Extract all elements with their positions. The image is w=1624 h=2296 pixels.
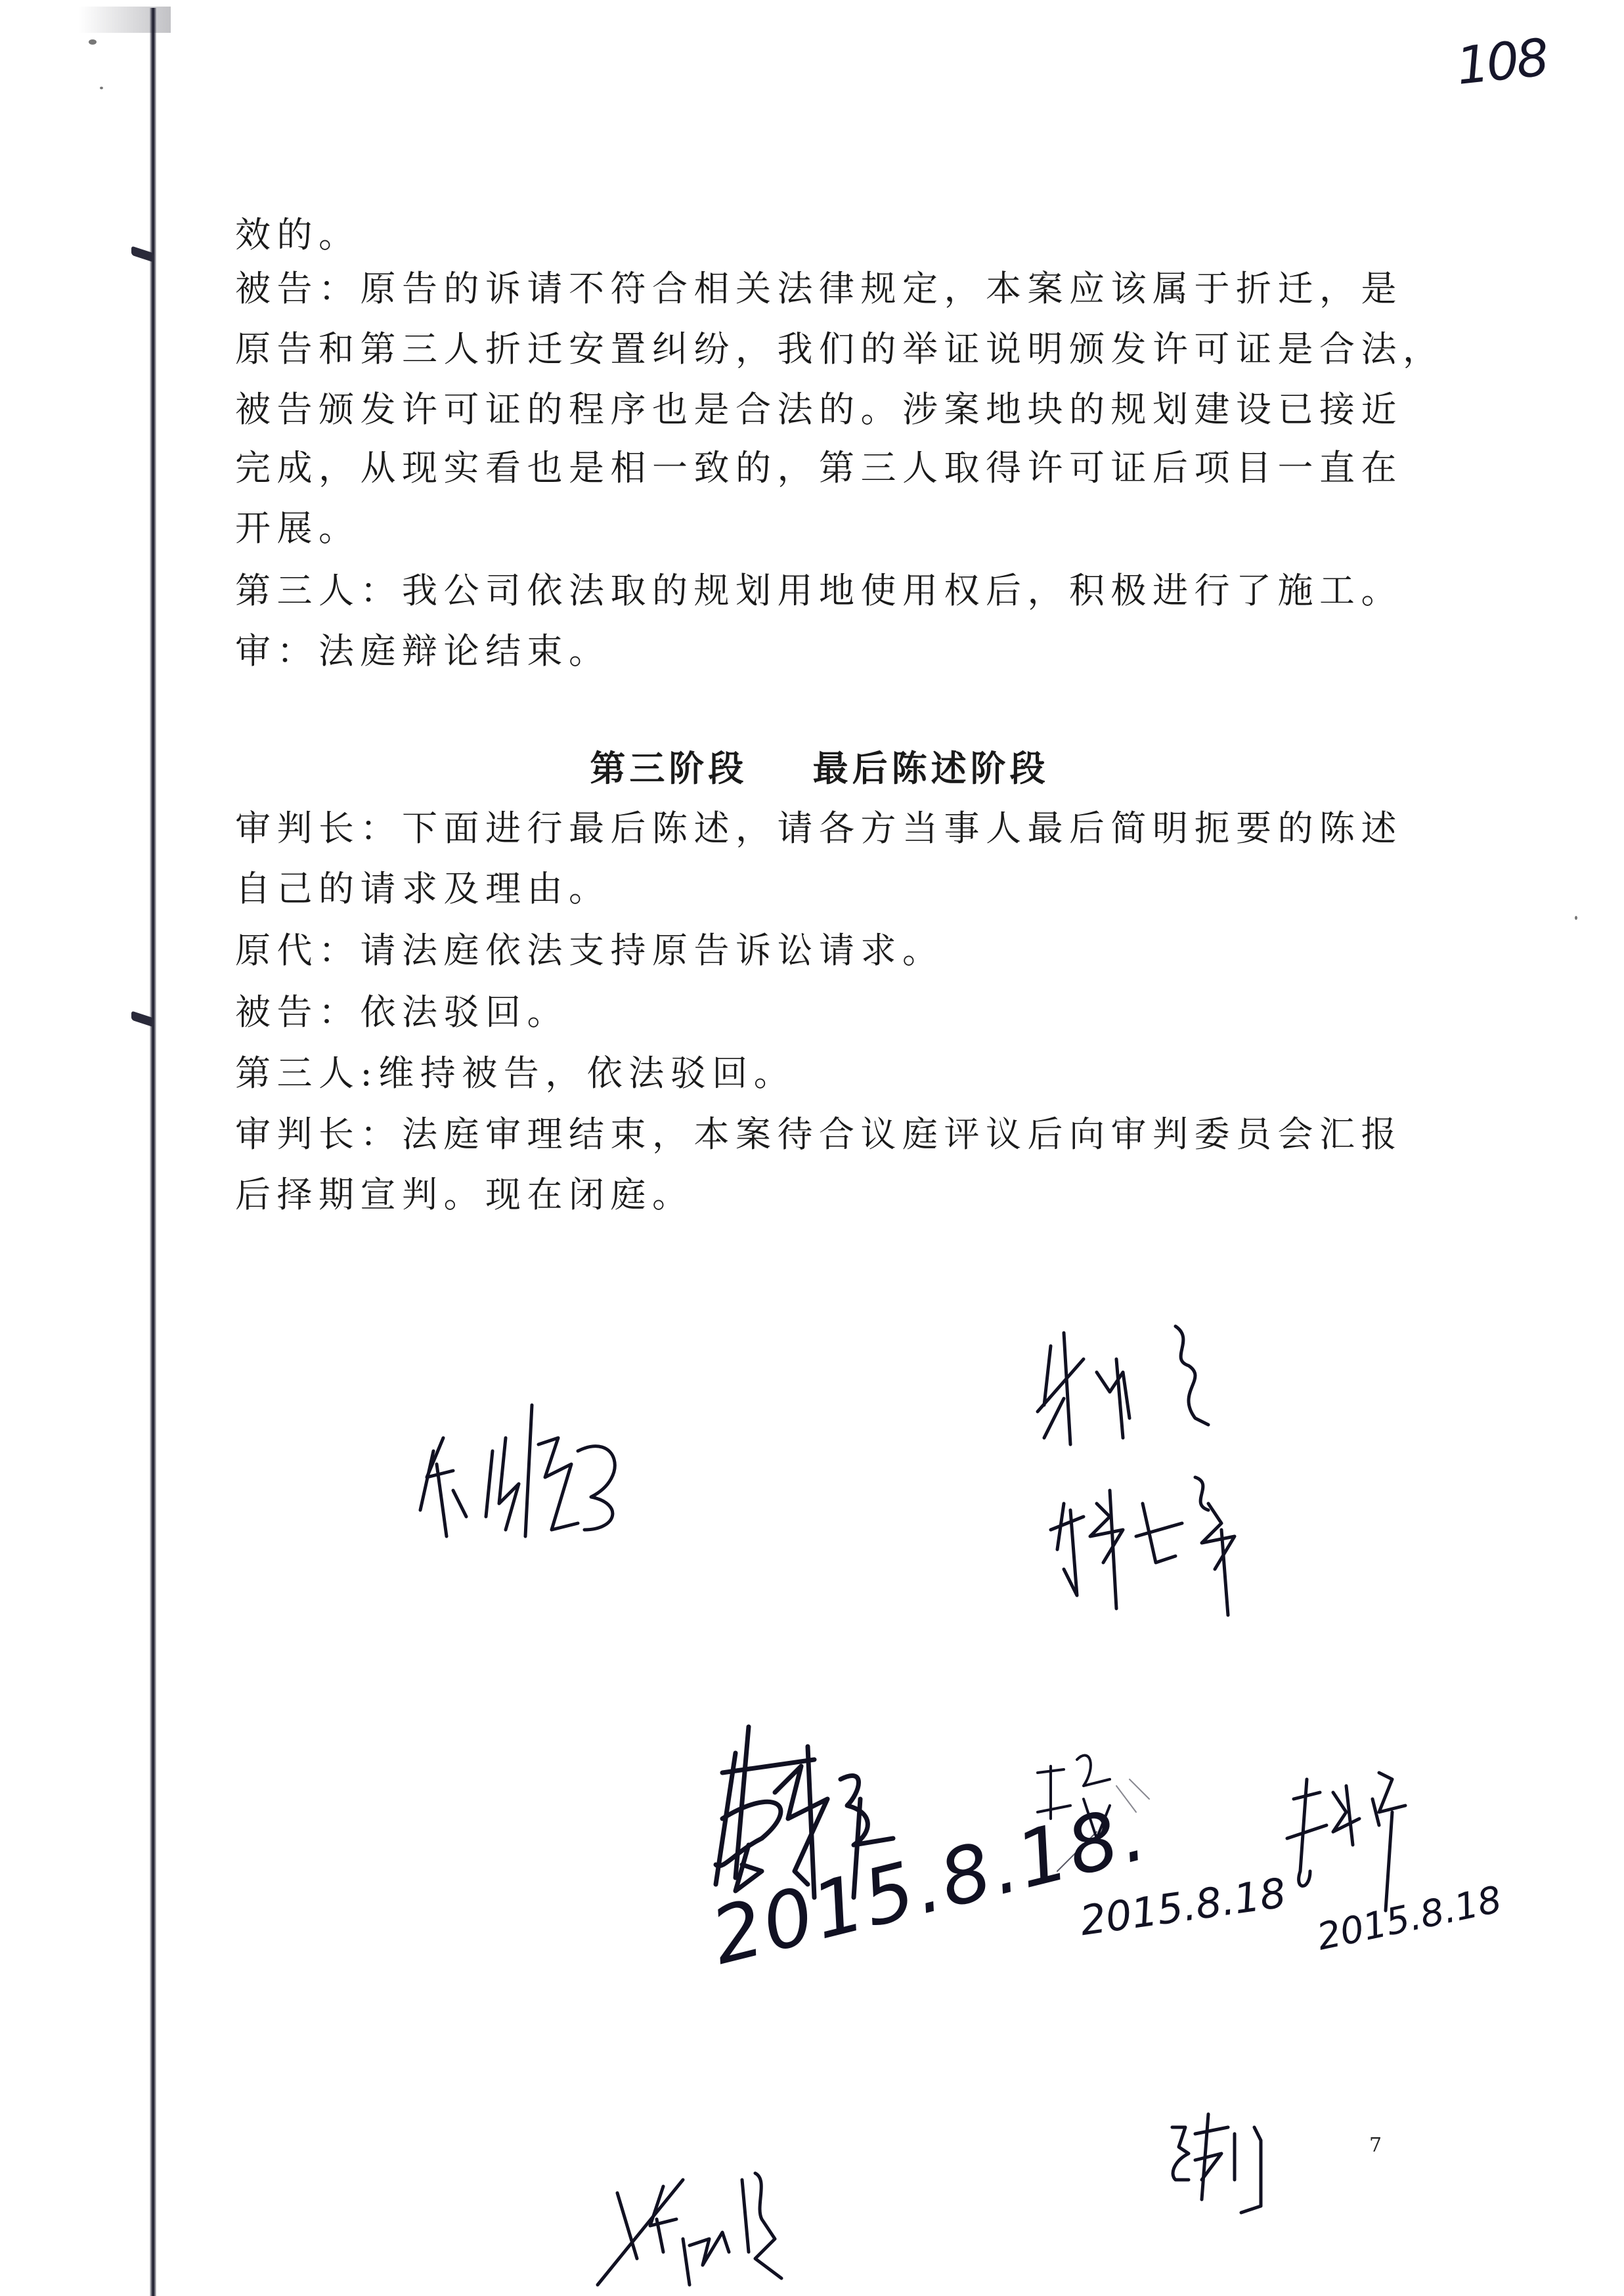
transcript-line: 审：法庭辩论结束。 bbox=[235, 632, 611, 671]
transcript-line: 被告：依法驳回。 bbox=[235, 993, 569, 1032]
transcript-line: 原代：请法庭依法支持原告诉讼请求。 bbox=[235, 931, 944, 970]
section-heading: 第三阶段 最后陈述阶段 bbox=[235, 748, 1404, 788]
transcript-line: 被告颁发许可证的程序也是合法的。涉案地块的规划建设已接近 bbox=[235, 390, 1403, 429]
binding-shadow bbox=[79, 7, 171, 33]
transcript-line: 完成，从现实看也是相一致的，第三人取得许可证后项目一直在 bbox=[235, 448, 1403, 488]
transcript-line: 原告和第三人折迁安置纠纷，我们的举证说明颁发许可证是合法， bbox=[235, 330, 1445, 369]
binding-edge bbox=[150, 8, 156, 2296]
signature-strokes bbox=[591, 2147, 788, 2296]
signature-strokes bbox=[1024, 1320, 1235, 1458]
signature-strokes bbox=[1044, 1464, 1267, 1615]
transcript-line: 第三人:维持被告，依法驳回。 bbox=[235, 1054, 795, 1093]
scan-speck bbox=[89, 39, 97, 45]
signature-bottom-left: 魏波 bbox=[591, 2147, 788, 2296]
printed-page-number: 7 bbox=[1369, 2134, 1382, 2157]
transcript-line: 审判长：下面进行最后陈述，请各方当事人最后简明扼要的陈述 bbox=[235, 809, 1403, 848]
transcript-line: 第三人：我公司依法取的规划用地使用权后，积极进行了施工。 bbox=[235, 571, 1403, 611]
scan-speck bbox=[1575, 916, 1577, 920]
signature-right-upper-2: 韩太祥 bbox=[1044, 1464, 1267, 1615]
signature-right-upper-1: 朱仲全 bbox=[1024, 1320, 1235, 1458]
handwritten-page-number: 108 bbox=[1454, 28, 1550, 97]
transcript-line: 被告：原告的诉请不符合相关法律规定，本案应该属于折迁，是 bbox=[235, 269, 1403, 309]
transcript-line: 开展。 bbox=[235, 509, 361, 548]
transcript-line: 效的。 bbox=[235, 215, 361, 255]
signature-strokes bbox=[1162, 2108, 1313, 2213]
scan-speck bbox=[100, 87, 103, 89]
signature-strokes bbox=[407, 1398, 657, 1549]
transcript-line: 自己的请求及理由。 bbox=[235, 869, 611, 909]
signature-left-upper: 徐海超 bbox=[407, 1398, 657, 1549]
signature-bottom-right: 王莉 bbox=[1162, 2108, 1313, 2213]
transcript-line: 后择期宣判。现在闭庭。 bbox=[235, 1175, 694, 1215]
transcript-line: 审判长：法庭审理结束，本案待合议庭评议后向审判委员会汇报 bbox=[235, 1115, 1403, 1154]
